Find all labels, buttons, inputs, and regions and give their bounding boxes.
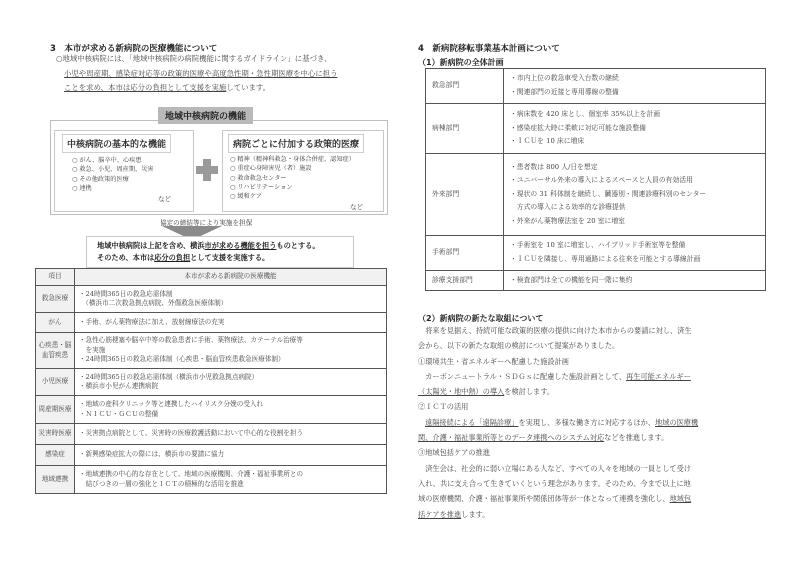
initiative-2-text: などを推進します。: [604, 433, 668, 442]
initiative-2-underlined: 関、介護・福祉事業所等とのデータ連携へのシステム対応: [418, 433, 604, 442]
table-row: 災害時医療 ・災害拠点病院として、災害時の医療救護活動において中心的な役割を担う: [36, 424, 387, 445]
section-4-title: 4 新病院移転事業基本計画について: [418, 42, 560, 54]
initiative-3-underlined: 括ケアを推進: [418, 510, 461, 519]
table-header-row: 項目 本市が求める新病院の医療機能: [36, 269, 387, 286]
table-row: 周産期医療 ・地域の産科クリニック等と連携したハイリスク分娩の受入れ・ＮＩＣＵ・…: [36, 396, 387, 424]
policy-etc: など: [350, 202, 363, 211]
conclusion-text: として支援を実施する。: [190, 253, 269, 262]
row-item: 周産期医療: [36, 396, 75, 424]
initiative-2-title: ②ＩＣＴの活用: [418, 399, 790, 414]
initiative-3-text: 域の医療機関、介護・福祉事業所や関係団体等が一体となって連携を強化し、: [418, 494, 670, 503]
row-line: ・24時間365日の救急応需体制: [79, 290, 382, 300]
conclusion-text: 地域中核病院は上記を含め、横浜: [97, 241, 205, 250]
plus-icon: [196, 159, 218, 181]
plan-dept: 救急部門: [426, 69, 504, 104]
section-3-intro: ○地域中核病院には、「地域中核病院の病院機能に関するガイドライン」に基づき、 小…: [56, 52, 396, 96]
basic-item: ○ その他政策的医療: [72, 175, 154, 184]
initiative-1-title: ①環境共生・省エネルギーへ配慮した施設計画: [418, 354, 790, 369]
policy-item: ○ 緩和ケア: [230, 192, 355, 201]
row-line: ・急性心筋梗塞や脳卒中等の救急患者に手術、薬物療法、カテーテル治療等: [79, 336, 382, 346]
subsection-1-title: （1）新病院の全体計画: [418, 57, 504, 68]
conclusion-underlined: 応分の負担: [154, 253, 190, 262]
row-line: を実施: [79, 346, 382, 356]
conclusion-text: ものとする。: [276, 241, 319, 250]
basic-item: ○ 救急、小児、周産期、災害: [72, 165, 154, 174]
plan-line: ・ＩＣＵを隣接し、専用通路による往来を可能とする導線計画: [510, 253, 759, 267]
plan-line: ・現状の 31 科体制を継続し、臓器別・関連診療科別のセンター: [510, 188, 759, 202]
plan-dept: 診療支援部門: [426, 271, 504, 291]
column-header-item: 項目: [36, 269, 75, 286]
intro-suffix: しています。: [226, 83, 270, 92]
row-line: ・地域連携の中心的な存在として、地域の医療機関、介護・福祉事業所との: [79, 470, 382, 480]
policy-medicine-title: 病院ごとに付加する政策的医療: [228, 134, 364, 153]
basic-functions-list: ○ がん、脳卒中、心疾患 ○ 救急、小児、周産期、災害 ○ その他政策的医療 ○…: [72, 156, 154, 193]
table-row: 心疾患・脳血管疾患 ・急性心筋梗塞や脳卒中等の救急患者に手術、薬物療法、カテーテ…: [36, 333, 387, 369]
row-item: 心疾患・脳血管疾患: [36, 333, 75, 369]
plan-dept: 病棟部門: [426, 104, 504, 154]
policy-item: ○ リハビリテーション: [230, 183, 355, 192]
intro-underlined-1: 小児や周産期、感染症対応等の政策的医療や高度急性期・急性期医療を中心に担う: [64, 69, 337, 78]
conclusion-underlined: 市が求める機能を担う: [205, 241, 277, 250]
row-item: がん: [36, 313, 75, 333]
plan-line: ・病床数を 420 床とし、個室率 35%以上を計画: [510, 108, 759, 122]
table-row: 地域連携 ・地域連携の中心的な存在として、地域の医療機関、介護・福祉事業所との …: [36, 466, 387, 494]
initiative-3-text: 済生会は、社会的に弱い立場にある人など、すべての人々を地域の一員として受け: [418, 461, 790, 476]
row-line: 結びつきの一層の強化とＩＣＴの積極的な活用を推進: [79, 480, 382, 490]
initiative-2-text: を実現し、多様な働き方に対応するほか、: [518, 418, 655, 427]
row-item: 災害時医療: [36, 424, 75, 445]
row-line: ・24時間365日の救急応需体制（心疾患・脳血管疾患救急医療体制）: [79, 355, 382, 365]
basic-item: ○ 連携: [72, 184, 154, 193]
plan-line: ・外来がん薬物療法室を 20 室に増室: [510, 215, 759, 229]
row-line: ・横浜市小児がん連携病院: [79, 382, 382, 392]
policy-medicine-list: ○ 精神（精神科救急・身体合併症、認知症） ○ 重症心身障害児（者）施設 ○ 救…: [230, 155, 355, 201]
row-item: 感染症: [36, 445, 75, 466]
initiative-3-underlined: 地域包: [670, 494, 692, 503]
plan-row: 診療支援部門 ・検査部門は全ての機能を同一階に集約: [426, 271, 766, 291]
row-line: ・手術、がん薬物療法に加え、放射線療法の充実: [79, 318, 382, 328]
initiative-3-text: 入れ、共に支え合って生きていくという理念があります。そのため、今まで以上に地: [418, 476, 790, 491]
plan-line: ・感染症拡大時に柔軟に対応可能な施設整備: [510, 122, 759, 136]
row-line: （横浜市二次救急拠点病院、外傷救急医療体制）: [79, 299, 382, 309]
initiative-2-underlined: 地域の医療機: [655, 418, 698, 427]
intro-line: 会から、以下の新たな取組の検討について提案がありました。: [418, 338, 790, 353]
plan-line: ・検査部門は全ての機能を同一階に集約: [510, 274, 759, 288]
table-row: 救急医療 ・24時間365日の救急応需体制 （横浜市二次救急拠点病院、外傷救急医…: [36, 286, 387, 313]
conclusion-text: そのため、本市は: [97, 253, 154, 262]
row-item: 地域連携: [36, 466, 75, 494]
initiative-3-text: します。: [461, 510, 489, 519]
row-line: ・地域の産科クリニック等と連携したハイリスク分娩の受入れ: [79, 400, 382, 410]
initiative-1-text: を検討します。: [504, 387, 554, 396]
plan-row: 外来部門 ・患者数は 800 人/日を想定・ユニバーサル外来の導入によるスペース…: [426, 154, 766, 236]
plan-row: 手術部門 ・手術室を 10 室に増室し、ハイブリッド手術室等を整備・ＩＣＵを隣接…: [426, 236, 766, 271]
row-line: ・ＮＩＣＵ・ＧＣＵの整備: [79, 410, 382, 420]
plan-line: ・手術室を 10 室に増室し、ハイブリッド手術室等を整備: [510, 239, 759, 253]
plan-line: ・患者数は 800 人/日を想定: [510, 161, 759, 175]
basic-etc: など: [158, 194, 171, 203]
plan-row: 病棟部門 ・病床数を 420 床とし、個室率 35%以上を計画・感染症拡大時に柔…: [426, 104, 766, 154]
plan-line: 方式の導入による効率的な診療提供: [510, 201, 759, 215]
table-row: 小児医療 ・24時間365日の救急応需体制（横浜市小児救急拠点病院）・横浜市小児…: [36, 369, 387, 396]
initiative-1-underlined: 再生可能エネルギー: [626, 372, 691, 381]
plan-dept: 外来部門: [426, 154, 504, 236]
table-row: がん ・手術、がん薬物療法に加え、放射線療法の充実: [36, 313, 387, 333]
intro-line: 将来を見据え、持続可能な政策的医療の提供に向けた本市からの要請に対し、済生: [418, 323, 790, 338]
table-row: 感染症 ・新興感染症拡大の際には、横浜市の要請に協力: [36, 445, 387, 466]
policy-item: ○ 精神（精神科救急・身体合併症、認知症）: [230, 155, 355, 164]
row-line: ・24時間365日の救急応需体制（横浜市小児救急拠点病院）: [79, 373, 382, 383]
row-line: ・災害拠点病院として、災害時の医療救護活動において中心的な役割を担う: [79, 429, 382, 439]
plan-line: ・関連部門の近接と専用導線の整備: [510, 86, 759, 100]
row-line: ・新興感染症拡大の際には、横浜市の要請に協力: [79, 450, 382, 460]
intro-underlined-2: ことを求め、本市は応分の負担として支援を実施: [64, 83, 226, 92]
basic-item: ○ がん、脳卒中、心疾患: [72, 156, 154, 165]
policy-item: ○ 重症心身障害児（者）施設: [230, 164, 355, 173]
initiative-3-title: ③地域包括ケアの推進: [418, 445, 790, 460]
initiative-2-underlined: 遠隔接続による「遠隔診療」: [425, 418, 518, 427]
row-item: 小児医療: [36, 369, 75, 396]
plan-line: ・市内上位の救急車受入台数の継続: [510, 72, 759, 86]
new-initiatives-body: 将来を見据え、持続可能な政策的医療の提供に向けた本市からの要請に対し、済生 会か…: [418, 323, 790, 522]
plan-row: 救急部門 ・市内上位の救急車受入台数の継続・関連部門の近接と専用導線の整備: [426, 69, 766, 104]
row-item: 救急医療: [36, 286, 75, 313]
plan-line: ・ＩＣＵを 10 床に増床: [510, 135, 759, 149]
initiative-1-text: カーボンニュートラル・ＳＤＧｓに配慮した施設計画として、: [418, 372, 626, 381]
column-header-functions: 本市が求める新病院の医療機能: [75, 269, 387, 286]
overall-plan-table: 救急部門 ・市内上位の救急車受入台数の継続・関連部門の近接と専用導線の整備 病棟…: [425, 68, 766, 291]
plan-line: ・ユニバーサル外来の導入によるスペースと人員の有効活用: [510, 174, 759, 188]
conclusion-box: 地域中核病院は上記を含め、横浜市が求める機能を担うものとする。 そのため、本市は…: [86, 236, 354, 268]
policy-item: ○ 救命救急センター: [230, 174, 355, 183]
intro-text: ○地域中核病院には、「地域中核病院の病院機能に関するガイドライン」に基づき、: [56, 54, 331, 63]
initiative-1-underlined: （太陽光・地中熱）の導入: [418, 387, 504, 396]
basic-functions-title: 中核病院の基本的な機能: [62, 134, 171, 153]
plan-dept: 手術部門: [426, 236, 504, 271]
diagram-label: 地域中核病院の機能: [158, 107, 253, 124]
medical-functions-table: 項目 本市が求める新病院の医療機能 救急医療 ・24時間365日の救急応需体制 …: [35, 268, 387, 494]
